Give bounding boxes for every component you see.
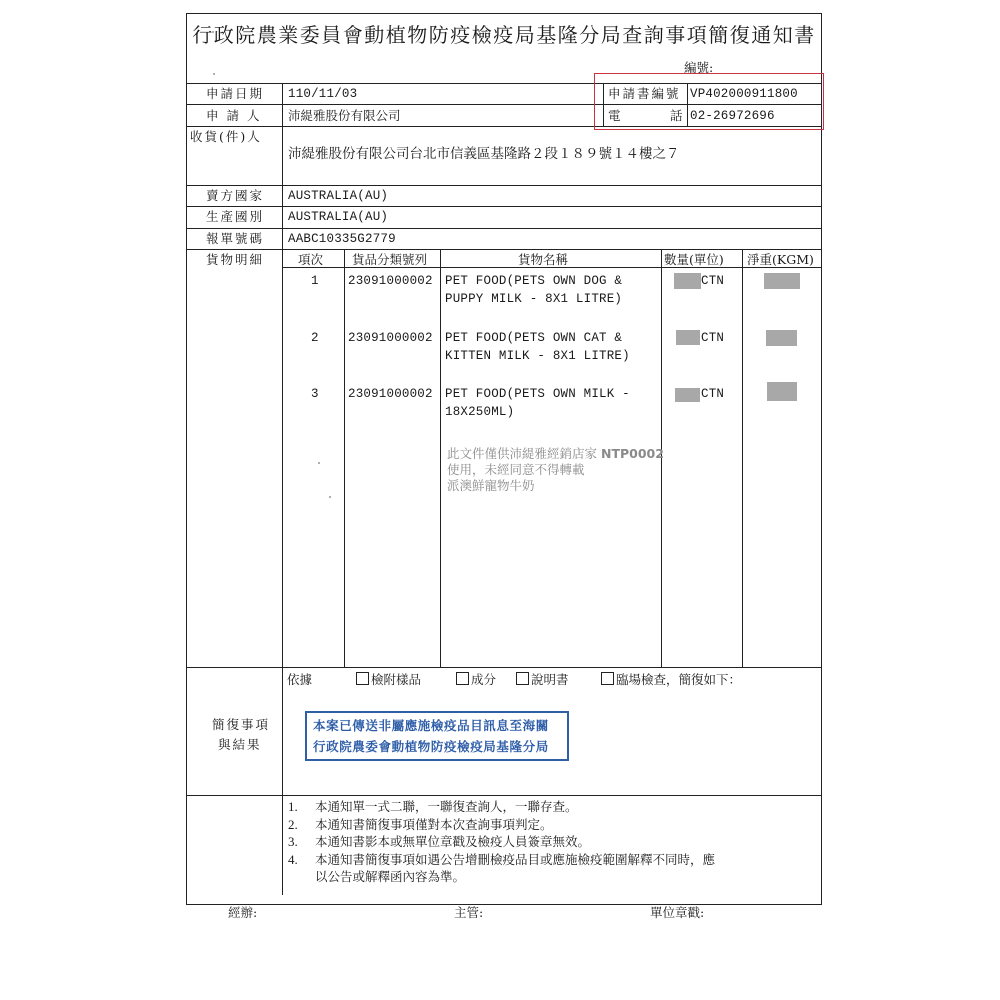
row-code: 23091000002: [348, 330, 433, 346]
basis-label: 依據: [287, 672, 312, 688]
note-item: 4.本通知書簡復事項如遇公告增刪檢疫品目或應施檢疫範圍解釋不同時，應: [288, 851, 715, 869]
consignee-label: 收貨(件)人: [190, 129, 262, 145]
highlight-box: [594, 73, 824, 130]
row-unit: CTN: [701, 273, 724, 289]
consignee-value: 沛緹雅股份有限公司台北市信義區基隆路２段１８９號１４樓之７: [288, 146, 680, 162]
row-item: 2: [311, 330, 319, 346]
signature-handler: 經辦:: [228, 905, 257, 921]
checkbox-ingredients[interactable]: 成分: [456, 672, 496, 688]
row-name-line1: PET FOOD(PETS OWN DOG &: [445, 273, 622, 289]
row-code: 23091000002: [348, 273, 433, 289]
reply-label-line2: 與結果: [218, 737, 262, 753]
checkbox-icon[interactable]: [516, 672, 529, 685]
row-name-line2: PUPPY MILK - 8X1 LITRE): [445, 291, 622, 307]
note-item: 2.本通知書簡復事項僅對本次查詢事項判定。: [288, 816, 715, 834]
stamp-line2: 行政院農委會動植物防疫檢疫局基隆分局: [313, 736, 567, 757]
reply-label-line1: 簡復事項: [212, 717, 270, 733]
signature-unit-seal: 單位章戳:: [650, 905, 704, 921]
checkbox-onsite-inspection[interactable]: 臨場檢查，簡復如下：: [601, 672, 741, 688]
row-name-line1: PET FOOD(PETS OWN CAT &: [445, 330, 622, 346]
redacted-weight: [766, 330, 797, 346]
seller-country-value: AUSTRALIA(AU): [288, 188, 388, 204]
goods-header-weight: 淨重(KGM): [747, 252, 814, 268]
checkbox-icon[interactable]: [456, 672, 469, 685]
row-item: 3: [311, 386, 319, 402]
origin-country-value: AUSTRALIA(AU): [288, 209, 388, 225]
redacted-quantity: [675, 388, 700, 402]
declaration-no-value: AABC10335G2779: [288, 231, 396, 247]
watermark-line2: 使用，未經同意不得轉載: [447, 462, 664, 478]
watermark-code: NTP0002: [601, 446, 664, 461]
applicant-value: 沛緹雅股份有限公司: [288, 108, 401, 124]
seller-country-label: 賣方國家: [206, 188, 264, 204]
quarantine-stamp: 本案已傳送非屬應施檢疫品目訊息至海關 行政院農委會動植物防疫檢疫局基隆分局: [305, 711, 569, 761]
signature-supervisor: 主管:: [454, 905, 483, 921]
checkbox-icon[interactable]: [601, 672, 614, 685]
goods-header-item: 項次: [298, 252, 323, 268]
row-unit: CTN: [701, 386, 724, 402]
applicant-label: 申 請 人: [206, 108, 261, 124]
application-date-label: 申請日期: [206, 86, 264, 102]
watermark-line3: 派澳鮮寵物牛奶: [447, 478, 664, 494]
distributor-watermark: 此文件僅供沛緹雅經銷店家 NTP0002 使用，未經同意不得轉載 派澳鮮寵物牛奶: [447, 446, 664, 494]
redacted-weight: [764, 273, 800, 289]
stamp-line1: 本案已傳送非屬應施檢疫品目訊息至海關: [313, 715, 567, 736]
note-item-continued: 以公告或解釋函內容為準。: [288, 868, 715, 886]
row-item: 1: [311, 273, 319, 289]
notes-list: 1.本通知單一式二聯，一聯復查詢人，一聯存查。 2.本通知書簡復事項僅對本次查詢…: [288, 798, 715, 886]
goods-header-code: 貨品分類號列: [352, 252, 427, 268]
note-item: 1.本通知單一式二聯，一聯復查詢人，一聯存查。: [288, 798, 715, 816]
redacted-quantity: [676, 330, 700, 345]
redacted-quantity: [674, 273, 701, 289]
application-date-value: 110/11/03: [288, 86, 357, 102]
goods-header-name: 貨物名稱: [518, 252, 568, 268]
row-name-line2: KITTEN MILK - 8X1 LITRE): [445, 348, 630, 364]
watermark-line1: 此文件僅供沛緹雅經銷店家: [447, 446, 601, 461]
checkbox-icon[interactable]: [356, 672, 369, 685]
note-item: 3.本通知書影本或無單位章戳及檢疫人員簽章無效。: [288, 833, 715, 851]
declaration-no-label: 報單號碼: [206, 231, 264, 247]
checkbox-manual[interactable]: 說明書: [516, 672, 569, 688]
checkbox-sample[interactable]: 檢附樣品: [356, 672, 421, 688]
row-code: 23091000002: [348, 386, 433, 402]
goods-header-quantity: 數量(單位): [664, 252, 724, 268]
row-unit: CTN: [701, 330, 724, 346]
origin-country-label: 生產國別: [206, 209, 264, 225]
document-title: 行政院農業委員會動植物防疫檢疫局基隆分局查詢事項簡復通知書: [186, 19, 822, 48]
row-name-line1: PET FOOD(PETS OWN MILK -: [445, 386, 630, 402]
redacted-weight: [767, 382, 797, 401]
row-name-line2: 18X250ML): [445, 404, 514, 420]
goods-label: 貨物明細: [206, 252, 264, 268]
